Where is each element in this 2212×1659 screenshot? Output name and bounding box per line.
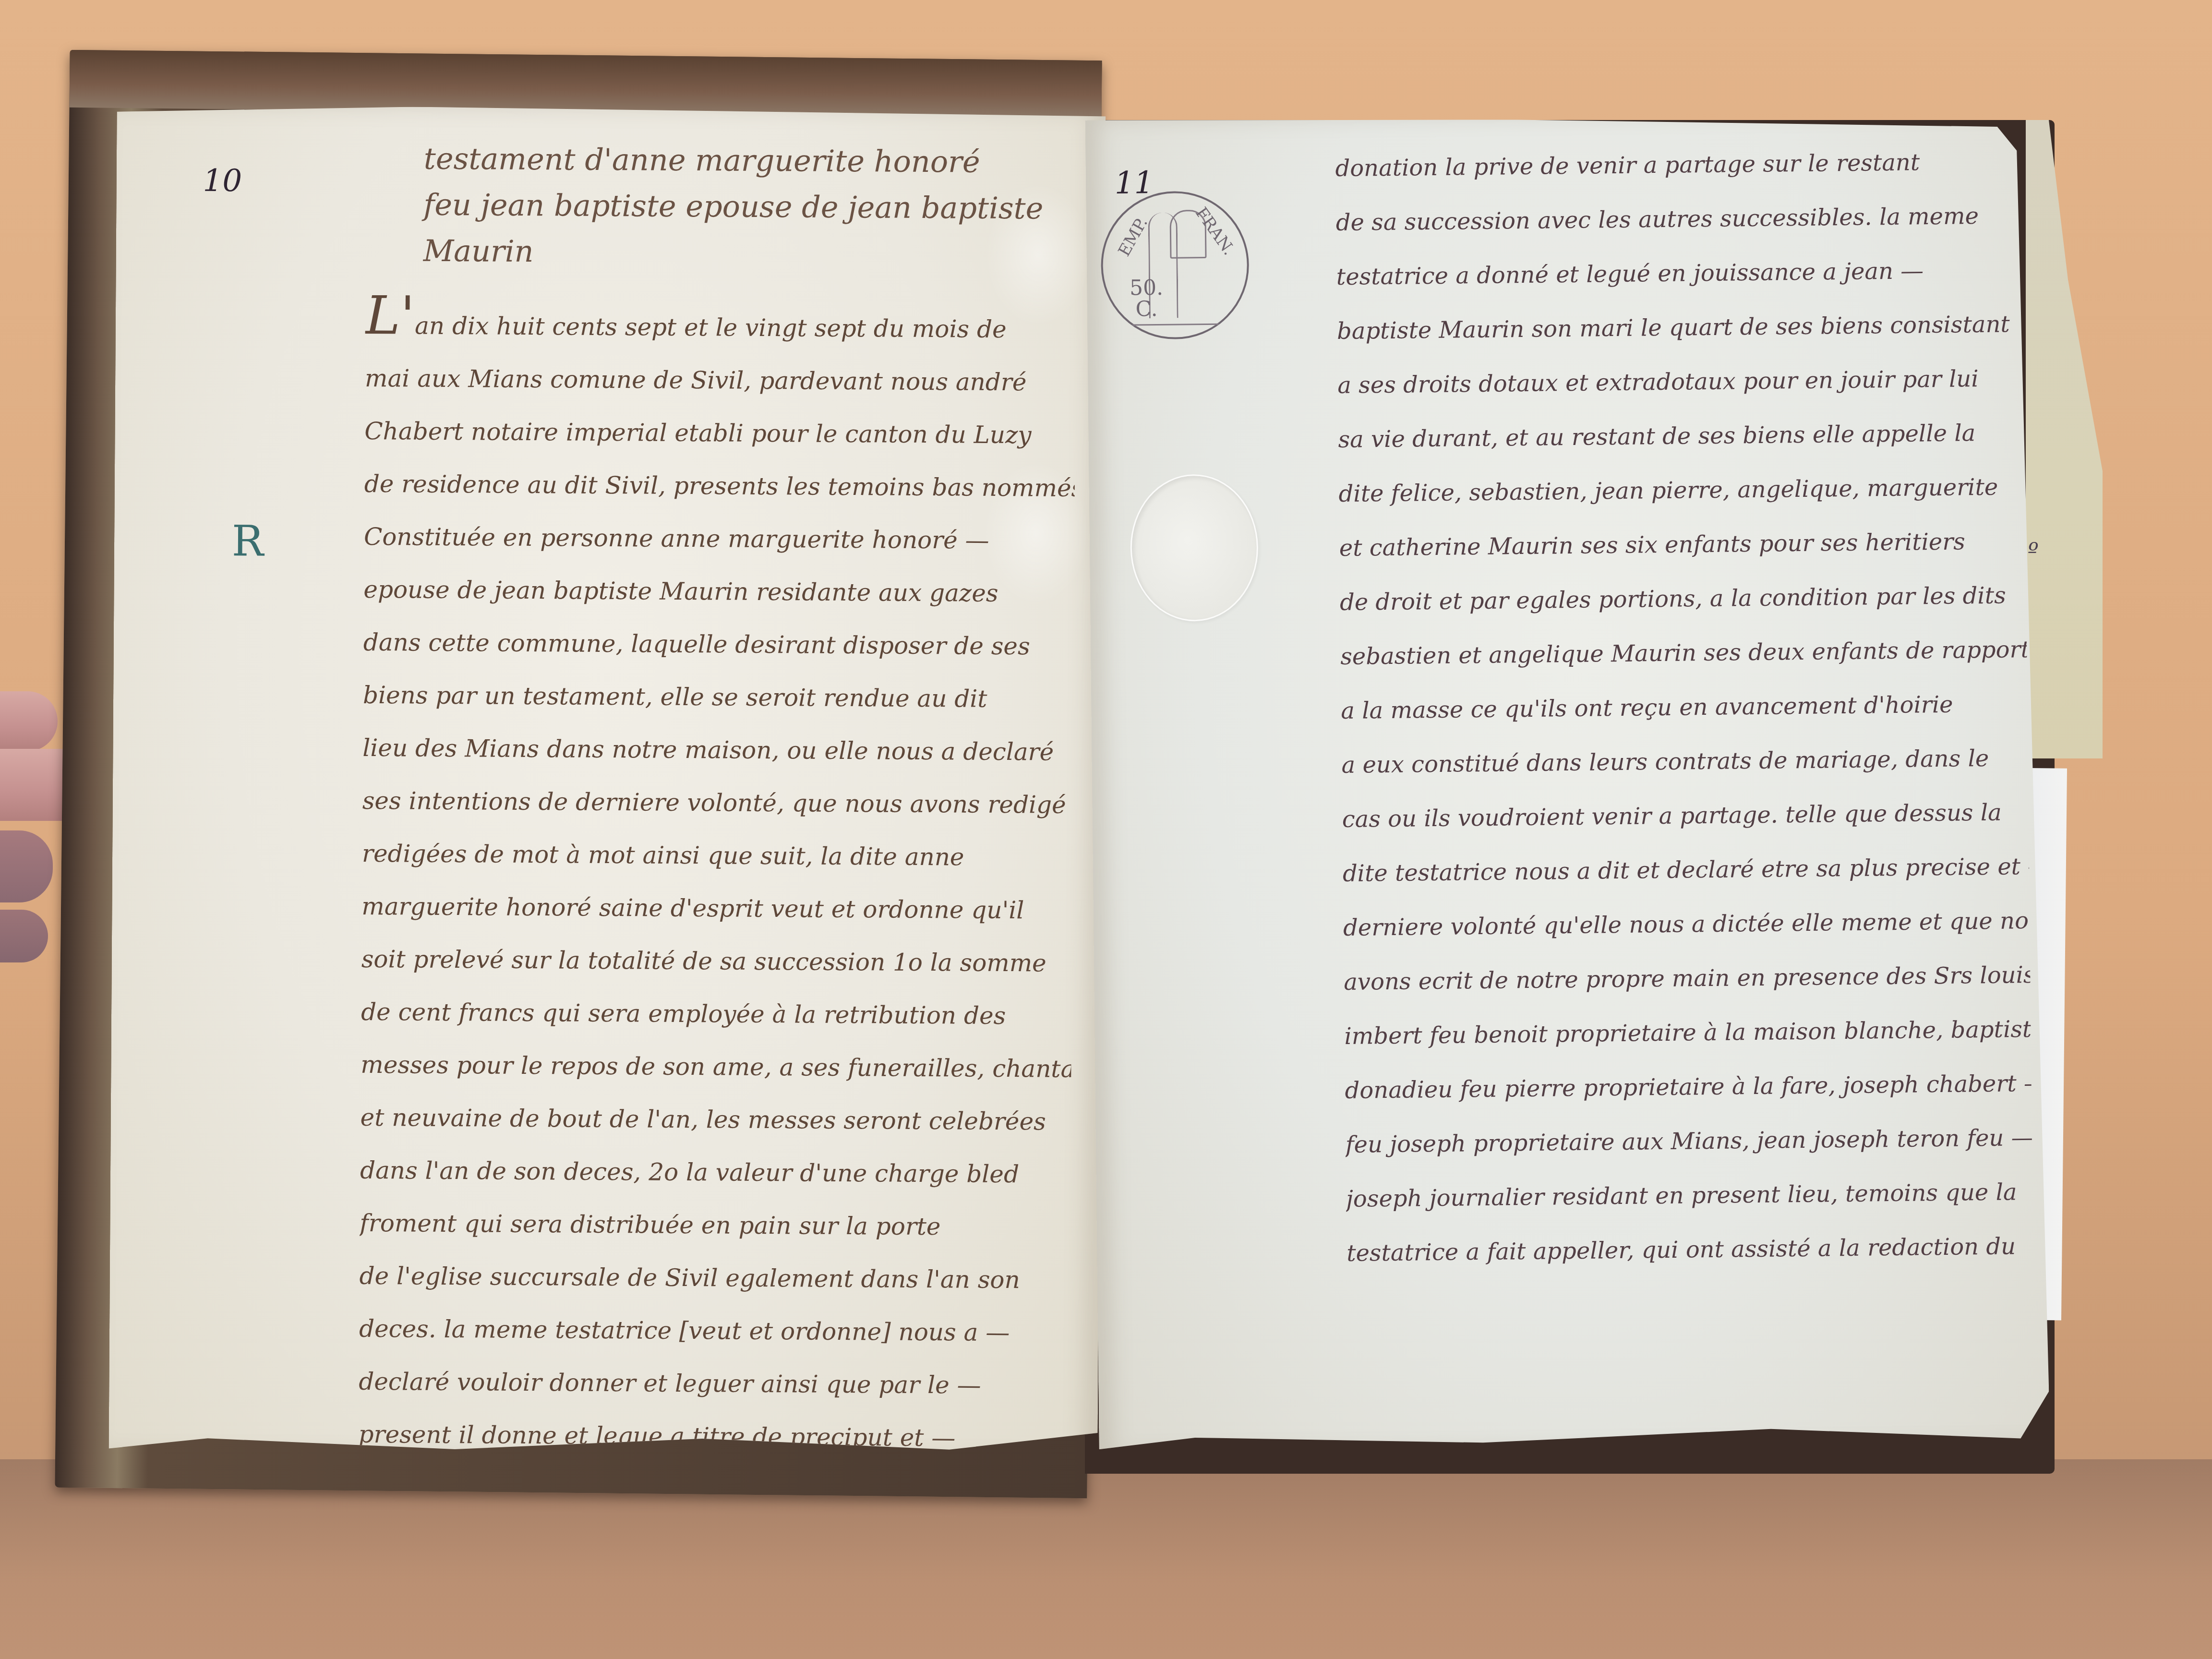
text-line: marguerite honoré saine d'esprit veut et… — [361, 880, 1072, 937]
text-line: lieu des Mians dans notre maison, ou ell… — [362, 721, 1073, 779]
text-line: testatrice a fait appeller, qui ont assi… — [1346, 1219, 2033, 1281]
text-line: ses intentions de derniere volonté, que … — [362, 774, 1073, 831]
finger — [0, 910, 48, 962]
r-margin-stamp: R — [232, 516, 264, 565]
text-line: de cent francs qui sera employée à la re… — [361, 986, 1072, 1043]
text-line: de l'eglise succursale de Sivil egalemen… — [359, 1250, 1070, 1307]
text-line: epouse de jean baptiste Maurin residante… — [363, 563, 1074, 620]
text-line: soit prelevé sur la totalité de sa succe… — [361, 933, 1072, 990]
will-body-text: L'an dix huit cents sept et le vingt sep… — [357, 289, 1076, 1623]
text-line: de residence au dit Sivil, presents les … — [364, 457, 1075, 515]
text-line: dans l'an de son deces, 2o la valeur d'u… — [360, 1144, 1071, 1201]
text-line-with-strikethrough: deces. la meme testatrice [veut et ordon… — [359, 1302, 1070, 1359]
text-line: biens par un testament, elle se seroit r… — [363, 669, 1074, 726]
finger — [0, 830, 53, 902]
text-line: Chabert notaire imperial etabli pour le … — [364, 405, 1075, 462]
text-line: declaré vouloir donner et leguer ainsi q… — [359, 1355, 1070, 1412]
will-closing-text: testatrice a fait appeller, qui ont assi… — [1346, 1219, 2033, 1281]
text-line: mai aux Mians comune de Sivil, pardevant… — [365, 352, 1076, 409]
title-line: testament d'anne marguerite honoré — [424, 136, 1072, 186]
text-line: L'an dix huit cents sept et le vingt sep… — [365, 289, 1076, 356]
page-number: 10 — [203, 163, 242, 199]
text-line: dans cette commune, laquelle desirant di… — [363, 616, 1074, 673]
document-title: testament d'anne marguerite honoré feu j… — [423, 136, 1072, 278]
finger — [0, 691, 58, 751]
text-line: messes pour le repos de son ame, a ses f… — [361, 1038, 1071, 1095]
text-line: redigées de mot à mot ainsi que suit, la… — [362, 827, 1073, 884]
text-line: Constituée en personne anne marguerite h… — [364, 510, 1075, 567]
title-line: Maurin — [423, 228, 1071, 278]
title-line: feu jean baptiste epouse de jean baptist… — [423, 182, 1072, 232]
text-line: froment qui sera distribuée en pain sur … — [360, 1197, 1070, 1254]
left-page: 10 testament d'anne marguerite honoré fe… — [108, 105, 1106, 1460]
text-line: et neuvaine de bout de l'an, les messes … — [360, 1091, 1071, 1148]
right-page-lower: testatrice a fait appeller, qui ont assi… — [1085, 110, 2059, 1455]
